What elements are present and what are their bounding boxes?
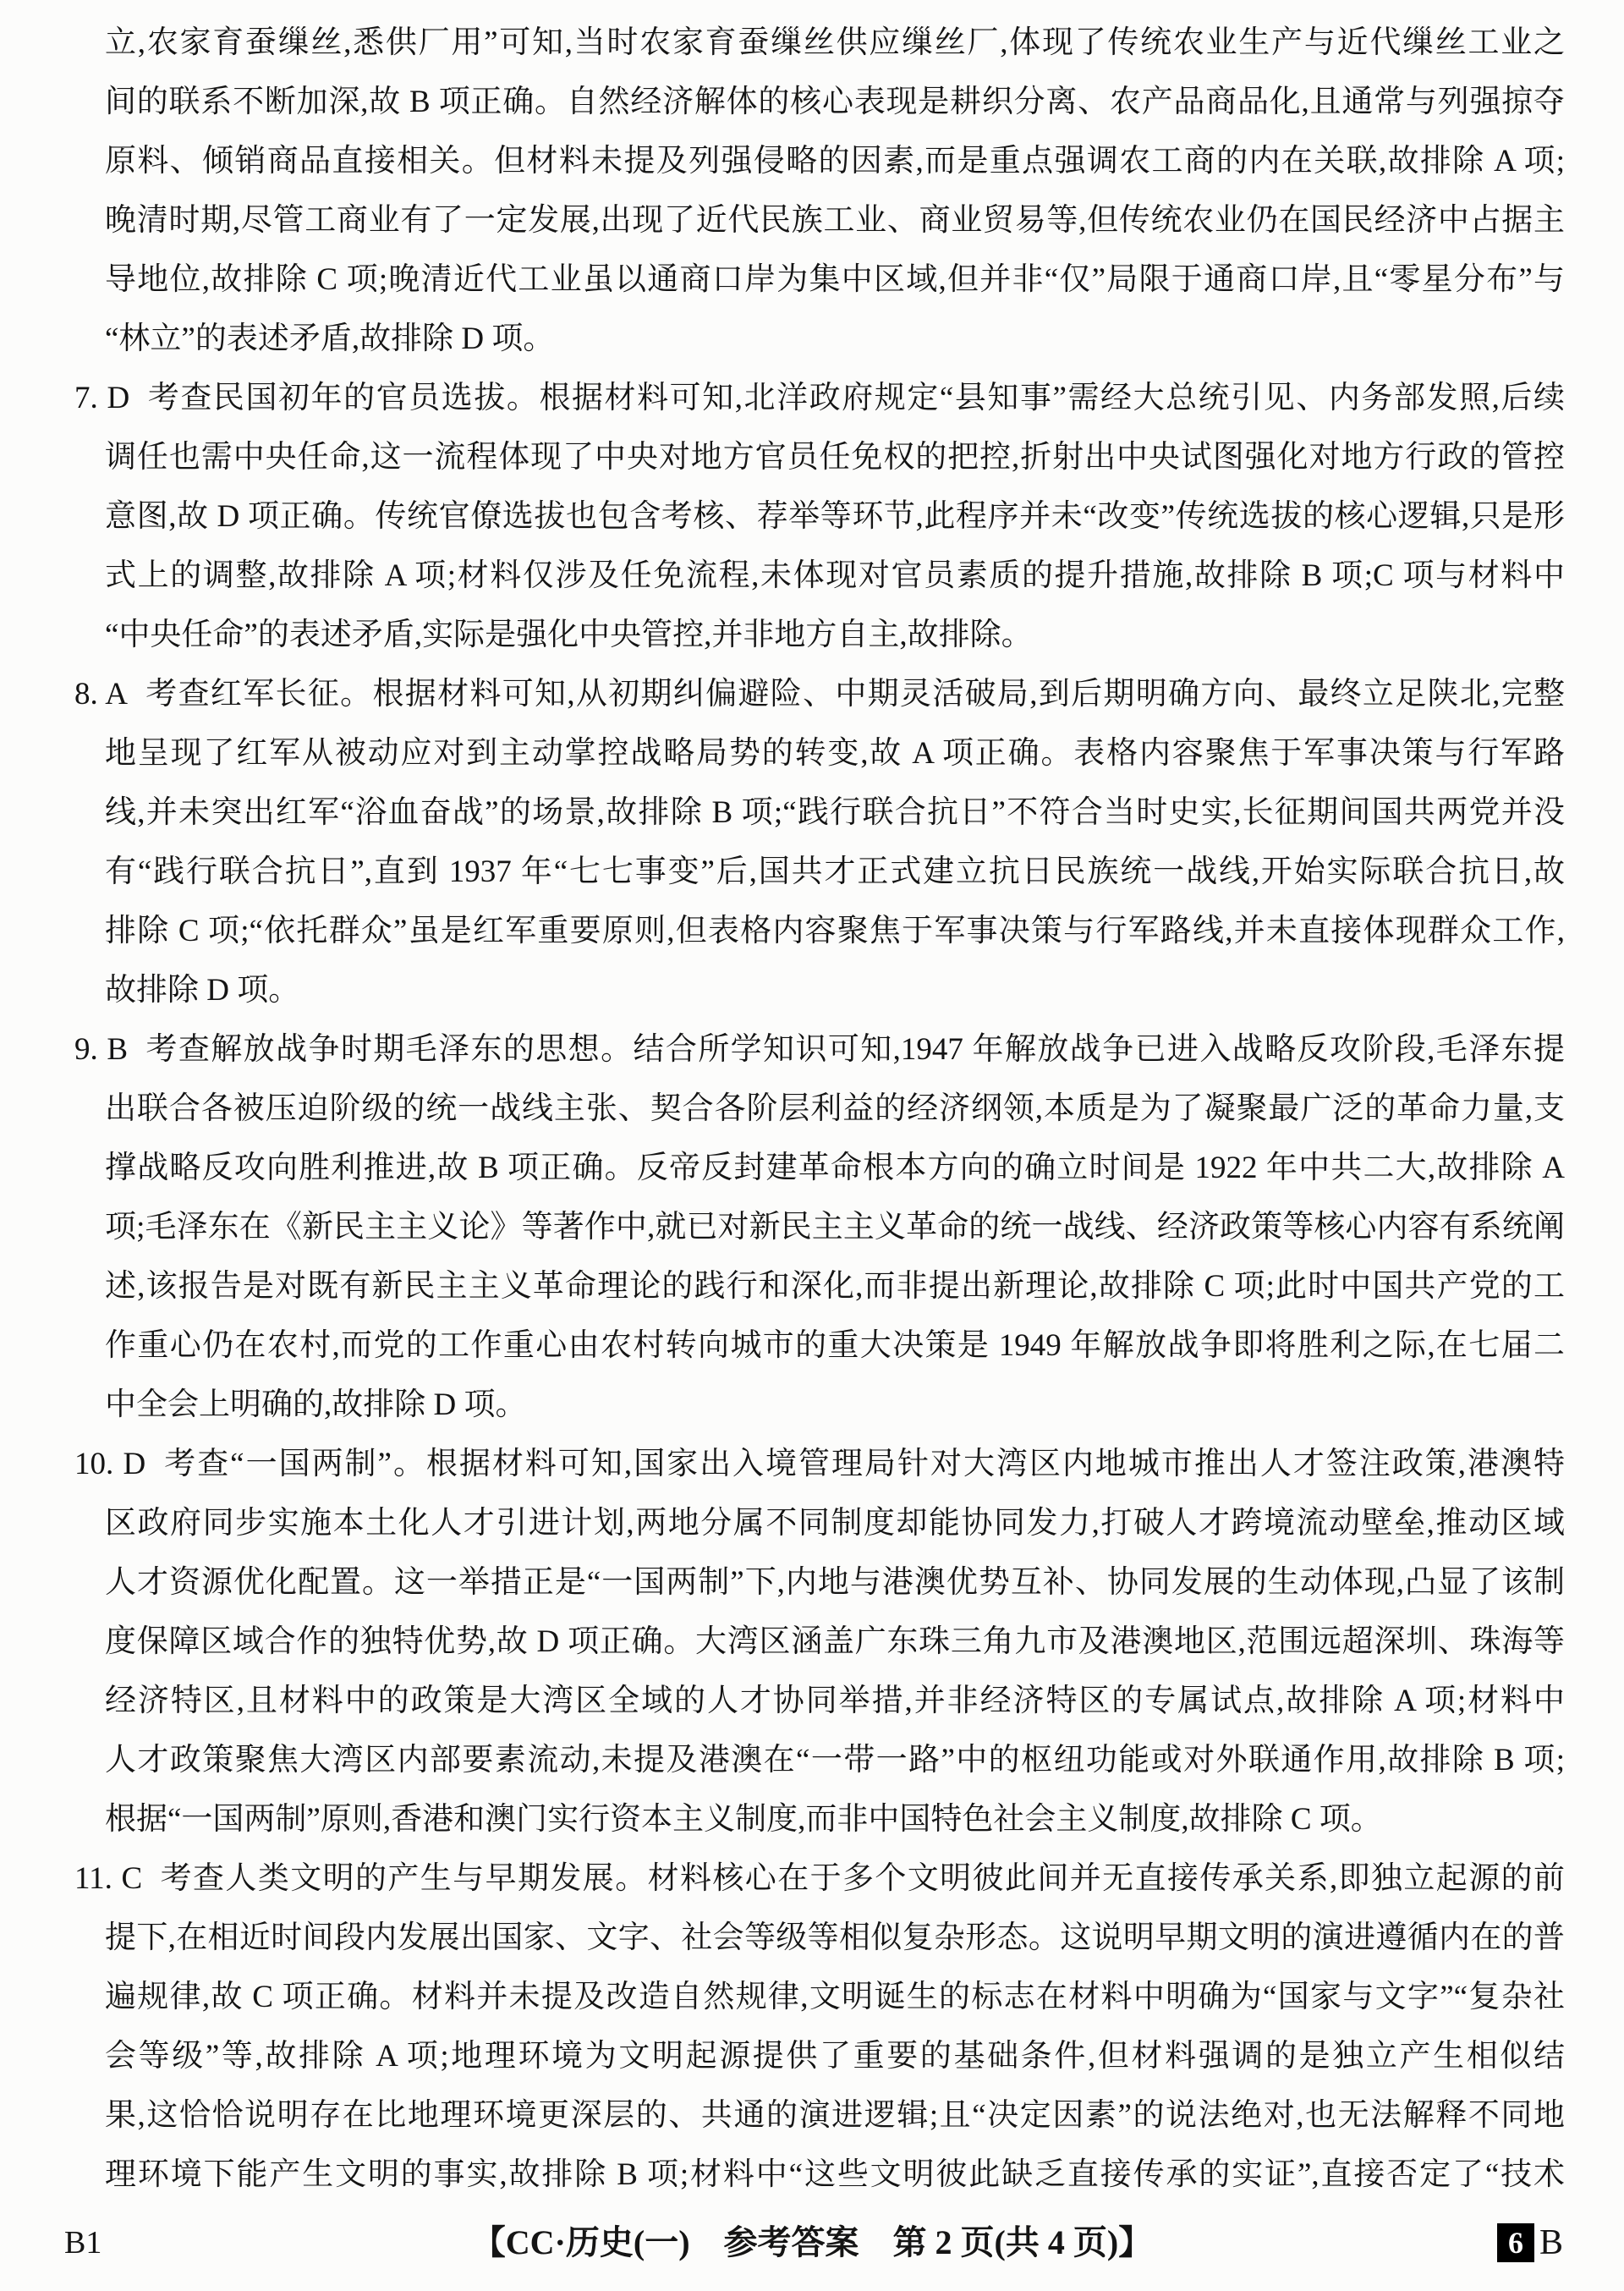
answer-text: 调任也需中央任命,这一流程体现了中央对地方官员任免权的把控,折射出中央试图强化对… bbox=[105, 440, 1565, 475]
footer-title: 【CC·历史(一) 参考答案 第 2 页(共 4 页)】 bbox=[0, 2213, 1624, 2272]
answer-text: 度保障区域合作的独特优势,故 D 项正确。大湾区涵盖广东珠三角九市及港澳地区,范… bbox=[105, 1624, 1565, 1659]
answer-text: 述,该报告是对既有新民主主义革命理论的践行和深化,而非提出新理论,故排除 C 项… bbox=[105, 1269, 1565, 1304]
answer-text: “中央任命”的表述矛盾,实际是强化中央管控,并非地方自主,故排除。 bbox=[105, 618, 1033, 652]
answer-text: 撑战略反攻向胜利推进,故 B 项正确。反帝反封建革命根本方向的确立时间是 192… bbox=[105, 1151, 1565, 1185]
answer-text: 排除 C 项;“依托群众”虽是红军重要原则,但表格内容聚焦于军事决策与行军路线,… bbox=[105, 914, 1565, 948]
question-10-explanation: 10. D考查“一国两制”。根据材料可知,国家出入境管理局针对大湾区内地城市推出… bbox=[74, 1435, 1565, 1849]
question-10-explanation-line-7: 根据“一国两制”原则,香港和澳门实行资本主义制度,而非中国特色社会主义制度,故排… bbox=[74, 1790, 1565, 1849]
question-8-explanation-line-5: 排除 C 项;“依托群众”虽是红军重要原则,但表格内容聚焦于军事决策与行军路线,… bbox=[74, 902, 1565, 961]
question-8-explanation-line-3: 线,并未突出红军“浴血奋战”的场景,故排除 B 项;“践行联合抗日”不符合当时史… bbox=[74, 783, 1565, 843]
answer-text: 人才资源优化配置。这一举措正是“一国两制”下,内地与港澳优势互补、协同发展的生动… bbox=[105, 1565, 1565, 1600]
question-number-and-answer: 9. B bbox=[74, 1032, 128, 1067]
answer-text: 根据“一国两制”原则,香港和澳门实行资本主义制度,而非中国特色社会主义制度,故排… bbox=[105, 1802, 1382, 1837]
question-10-explanation-line-2: 区政府同步实施本土化人才引进计划,两地分属不同制度却能协同发力,打破人才跨境流动… bbox=[74, 1494, 1565, 1553]
question-10-explanation-line-4: 度保障区域合作的独特优势,故 D 项正确。大湾区涵盖广东珠三角九市及港澳地区,范… bbox=[74, 1612, 1565, 1672]
question-9-explanation-line-4: 项;毛泽东在《新民主主义论》等著作中,就已对新民主主义革命的统一战线、经济政策等… bbox=[74, 1198, 1565, 1257]
question-8-explanation: 8. A考查红军长征。根据材料可知,从初期纠偏避险、中期灵活破局,到后期明确方向… bbox=[74, 665, 1565, 1020]
question-9-explanation-line-6: 作重心仍在农村,而党的工作重心由农村转向城市的重大决策是 1949 年解放战争即… bbox=[74, 1316, 1565, 1376]
answer-text: 遍规律,故 C 项正确。材料并未提及改造自然规律,文明诞生的标志在材料中明确为“… bbox=[105, 1980, 1565, 2014]
question-8-explanation-line-1: 8. A考查红军长征。根据材料可知,从初期纠偏避险、中期灵活破局,到后期明确方向… bbox=[74, 665, 1565, 724]
answer-text: 原料、倾销商品直接相关。但材料未提及列强侵略的因素,而是重点强调农工商的内在关联… bbox=[105, 144, 1565, 179]
answer-text: 式上的调整,故排除 A 项;材料仅涉及任免流程,未体现对官员素质的提升措施,故排… bbox=[105, 558, 1565, 593]
answer-text: 考查解放战争时期毛泽东的思想。结合所学知识可知,1947 年解放战争已进入战略反… bbox=[145, 1032, 1565, 1067]
answer-text: 经济特区,且材料中的政策是大湾区全域的人才协同举措,并非经济特区的专属试点,故排… bbox=[105, 1684, 1565, 1718]
question-number-and-answer: 8. A bbox=[74, 677, 128, 711]
question-7-explanation-line-1: 7. D考查民国初年的官员选拔。根据材料可知,北洋政府规定“县知事”需经大总统引… bbox=[74, 369, 1565, 428]
question-9-explanation-line-1: 9. B考查解放战争时期毛泽东的思想。结合所学知识可知,1947 年解放战争已进… bbox=[74, 1020, 1565, 1080]
answer-text: 作重心仍在农村,而党的工作重心由农村转向城市的重大决策是 1949 年解放战争即… bbox=[105, 1328, 1565, 1363]
question-7-explanation-line-3: 意图,故 D 项正确。传统官僚选拔也包含考核、荐举等环节,此程序并未“改变”传统… bbox=[74, 487, 1565, 547]
answer-text: 意图,故 D 项正确。传统官僚选拔也包含考核、荐举等环节,此程序并未“改变”传统… bbox=[105, 499, 1565, 534]
question-10-explanation-line-6: 人才政策聚焦大湾区内部要素流动,未提及港澳在“一带一路”中的枢纽功能或对外联通作… bbox=[74, 1731, 1565, 1790]
question-11-explanation-line-4: 会等级”等,故排除 A 项;地理环境为文明起源提供了重要的基础条件,但材料强调的… bbox=[74, 2027, 1565, 2086]
footer-right: 6 B bbox=[1497, 2213, 1563, 2272]
question-6-explanation-continued-line-2: 间的联系不断加深,故 B 项正确。自然经济解体的核心表现是耕织分离、农产品商品化… bbox=[74, 73, 1565, 132]
answer-text: 考查“一国两制”。根据材料可知,国家出入境管理局针对大湾区内地城市推出人才签注政… bbox=[162, 1447, 1565, 1481]
answer-text: 考查红军长征。根据材料可知,从初期纠偏避险、中期灵活破局,到后期明确方向、最终立… bbox=[145, 677, 1565, 711]
question-8-explanation-line-6: 故排除 D 项。 bbox=[74, 961, 1565, 1020]
question-11-explanation-line-5: 果,这恰恰说明存在比地理环境更深层的、共通的演进逻辑;且“决定因素”的说法绝对,… bbox=[74, 2086, 1565, 2145]
question-11-explanation-line-2: 提下,在相近时间段内发展出国家、文字、社会等级等相似复杂形态。这说明早期文明的演… bbox=[74, 1909, 1565, 1968]
answer-text: 考查民国初年的官员选拔。根据材料可知,北洋政府规定“县知事”需经大总统引见、内务… bbox=[146, 381, 1565, 415]
question-11-explanation-line-6: 理环境下能产生文明的事实,故排除 B 项;材料中“这些文明彼此缺乏直接传承的实证… bbox=[74, 2145, 1565, 2205]
question-7-explanation-line-5: “中央任命”的表述矛盾,实际是强化中央管控,并非地方自主,故排除。 bbox=[74, 606, 1565, 665]
question-6-explanation-continued-line-5: 导地位,故排除 C 项;晚清近代工业虽以通商口岸为集中区域,但并非“仅”局限于通… bbox=[74, 250, 1565, 310]
answer-text: 提下,在相近时间段内发展出国家、文字、社会等级等相似复杂形态。这说明早期文明的演… bbox=[105, 1920, 1565, 1955]
answer-key-page: 立,农家育蚕缫丝,悉供厂用”可知,当时农家育蚕缫丝供应缫丝厂,体现了传统农业生产… bbox=[0, 0, 1624, 2291]
answer-text: 晚清时期,尽管工商业有了一定发展,出现了近代民族工业、商业贸易等,但传统农业仍在… bbox=[105, 203, 1565, 238]
answer-text: 故排除 D 项。 bbox=[105, 973, 299, 1008]
question-11-explanation: 11. C考查人类文明的产生与早期发展。材料核心在于多个文明彼此间并无直接传承关… bbox=[74, 1849, 1565, 2205]
answer-text: 线,并未突出红军“浴血奋战”的场景,故排除 B 项;“践行联合抗日”不符合当时史… bbox=[105, 795, 1565, 830]
answer-text: 中全会上明确的,故排除 D 项。 bbox=[105, 1387, 526, 1422]
answer-text: 出联合各被压迫阶级的统一战线主张、契合各阶层利益的经济纲领,本质是为了凝聚最广泛… bbox=[105, 1091, 1565, 1126]
answer-text: 导地位,故排除 C 项;晚清近代工业虽以通商口岸为集中区域,但并非“仅”局限于通… bbox=[105, 262, 1565, 297]
question-number-and-answer: 11. C bbox=[74, 1861, 142, 1896]
answer-text: 会等级”等,故排除 A 项;地理环境为文明起源提供了重要的基础条件,但材料强调的… bbox=[105, 2039, 1565, 2074]
question-6-explanation-continued-line-6: “林立”的表述矛盾,故排除 D 项。 bbox=[74, 310, 1565, 369]
question-6-explanation-continued-line-4: 晚清时期,尽管工商业有了一定发展,出现了近代民族工业、商业贸易等,但传统农业仍在… bbox=[74, 191, 1565, 250]
answer-text: 人才政策聚焦大湾区内部要素流动,未提及港澳在“一带一路”中的枢纽功能或对外联通作… bbox=[105, 1743, 1565, 1777]
answer-text: 区政府同步实施本土化人才引进计划,两地分属不同制度却能协同发力,打破人才跨境流动… bbox=[105, 1506, 1565, 1541]
answer-text: 有“践行联合抗日”,直到 1937 年“七七事变”后,国共才正式建立抗日民族统一… bbox=[105, 854, 1565, 889]
question-9-explanation-line-3: 撑战略反攻向胜利推进,故 B 项正确。反帝反封建革命根本方向的确立时间是 192… bbox=[74, 1139, 1565, 1198]
question-number-and-answer: 7. D bbox=[74, 381, 129, 415]
page-number-badge: 6 bbox=[1497, 2223, 1534, 2262]
question-6-explanation-continued: 立,农家育蚕缫丝,悉供厂用”可知,当时农家育蚕缫丝供应缫丝厂,体现了传统农业生产… bbox=[74, 14, 1565, 369]
answer-text: 果,这恰恰说明存在比地理环境更深层的、共通的演进逻辑;且“决定因素”的说法绝对,… bbox=[105, 2098, 1565, 2133]
answer-text: 项;毛泽东在《新民主主义论》等著作中,就已对新民主主义革命的统一战线、经济政策等… bbox=[105, 1210, 1565, 1244]
answer-text: 立,农家育蚕缫丝,悉供厂用”可知,当时农家育蚕缫丝供应缫丝厂,体现了传统农业生产… bbox=[105, 25, 1565, 60]
question-7-explanation: 7. D考查民国初年的官员选拔。根据材料可知,北洋政府规定“县知事”需经大总统引… bbox=[74, 369, 1565, 665]
question-6-explanation-continued-line-1: 立,农家育蚕缫丝,悉供厂用”可知,当时农家育蚕缫丝供应缫丝厂,体现了传统农业生产… bbox=[74, 14, 1565, 73]
answer-text: 考查人类文明的产生与早期发展。材料核心在于多个文明彼此间并无直接传承关系,即独立… bbox=[159, 1861, 1565, 1896]
question-10-explanation-line-1: 10. D考查“一国两制”。根据材料可知,国家出入境管理局针对大湾区内地城市推出… bbox=[74, 1435, 1565, 1494]
question-number-and-answer: 10. D bbox=[74, 1447, 145, 1481]
question-6-explanation-continued-line-3: 原料、倾销商品直接相关。但材料未提及列强侵略的因素,而是重点强调农工商的内在关联… bbox=[74, 132, 1565, 191]
question-7-explanation-line-4: 式上的调整,故排除 A 项;材料仅涉及任免流程,未体现对官员素质的提升措施,故排… bbox=[74, 547, 1565, 606]
question-7-explanation-line-2: 调任也需中央任命,这一流程体现了中央对地方官员任免权的把控,折射出中央试图强化对… bbox=[74, 428, 1565, 487]
question-8-explanation-line-4: 有“践行联合抗日”,直到 1937 年“七七事变”后,国共才正式建立抗日民族统一… bbox=[74, 843, 1565, 902]
question-9-explanation-line-2: 出联合各被压迫阶级的统一战线主张、契合各阶层利益的经济纲领,本质是为了凝聚最广泛… bbox=[74, 1080, 1565, 1139]
answer-text: 理环境下能产生文明的事实,故排除 B 项;材料中“这些文明彼此缺乏直接传承的实证… bbox=[105, 2157, 1565, 2192]
question-9-explanation: 9. B考查解放战争时期毛泽东的思想。结合所学知识可知,1947 年解放战争已进… bbox=[74, 1020, 1565, 1435]
question-10-explanation-line-5: 经济特区,且材料中的政策是大湾区全域的人才协同举措,并非经济特区的专属试点,故排… bbox=[74, 1672, 1565, 1731]
answer-text: 间的联系不断加深,故 B 项正确。自然经济解体的核心表现是耕织分离、农产品商品化… bbox=[105, 85, 1565, 119]
question-11-explanation-line-1: 11. C考查人类文明的产生与早期发展。材料核心在于多个文明彼此间并无直接传承关… bbox=[74, 1849, 1565, 1909]
answer-text: “林立”的表述矛盾,故排除 D 项。 bbox=[105, 321, 554, 356]
question-8-explanation-line-2: 地呈现了红军从被动应对到主动掌控战略局势的转变,故 A 项正确。表格内容聚焦于军… bbox=[74, 724, 1565, 783]
answer-text: 地呈现了红军从被动应对到主动掌控战略局势的转变,故 A 项正确。表格内容聚焦于军… bbox=[105, 736, 1565, 771]
question-10-explanation-line-3: 人才资源优化配置。这一举措正是“一国两制”下,内地与港澳优势互补、协同发展的生动… bbox=[74, 1553, 1565, 1612]
answers-content: 立,农家育蚕缫丝,悉供厂用”可知,当时农家育蚕缫丝供应缫丝厂,体现了传统农业生产… bbox=[74, 14, 1565, 2205]
page-footer: B1 【CC·历史(一) 参考答案 第 2 页(共 4 页)】 6 B bbox=[0, 2213, 1624, 2272]
question-9-explanation-line-5: 述,该报告是对既有新民主主义革命理论的践行和深化,而非提出新理论,故排除 C 项… bbox=[74, 1257, 1565, 1316]
edition-letter: B bbox=[1539, 2213, 1563, 2272]
question-9-explanation-line-7: 中全会上明确的,故排除 D 项。 bbox=[74, 1376, 1565, 1435]
question-11-explanation-line-3: 遍规律,故 C 项正确。材料并未提及改造自然规律,文明诞生的标志在材料中明确为“… bbox=[74, 1968, 1565, 2027]
